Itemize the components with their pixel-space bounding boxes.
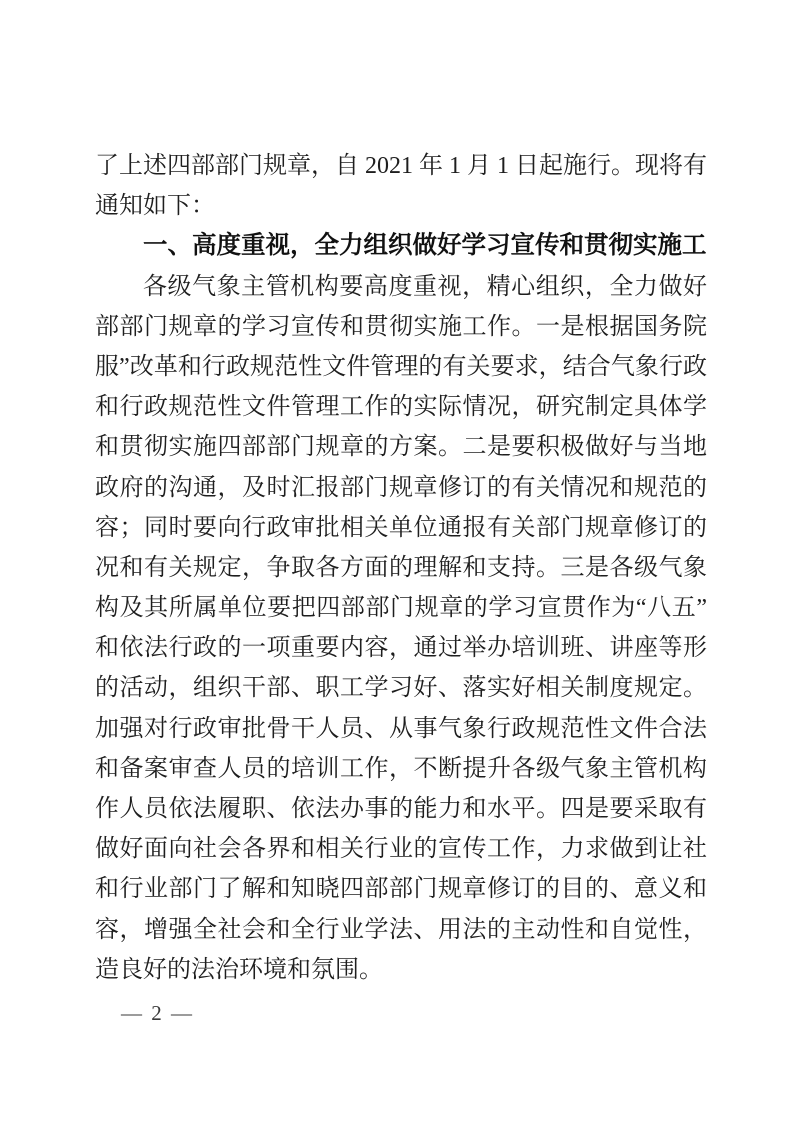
text-line: 和行业部门了解和知晓四部部门规章修订的目的、意义和主要内 [95,869,707,909]
text-line: 和备案审查人员的培训工作，不断提升各级气象主管机构及其工 [95,749,707,789]
section-heading: 一、高度重视，全力组织做好学习宣传和贯彻实施工作 [95,226,707,266]
text-line: 和行政规范性文件管理工作的实际情况，研究制定具体学习宣传 [95,387,707,427]
text-line: 和依法行政的一项重要内容，通过举办培训班、讲座等形式多样 [95,628,707,668]
text-line: 部部门规章的学习宣传和贯彻实施工作。一是根据国务院“放管 [95,307,707,347]
page-number: — 2 — [121,1001,194,1026]
text-line: 政府的沟通，及时汇报部门规章修订的有关情况和规范的主要内 [95,468,707,508]
text-line: 了上述四部部门规章，自 2021 年 1 月 1 日起施行。现将有关事项 [95,146,707,186]
text-line: 通知如下： [95,186,707,226]
text-line: 加强对行政审批骨干人员、从事气象行政规范性文件合法性审核 [95,709,707,749]
text-line: 容，增强全社会和全行业学法、用法的主动性和自觉性，积极营 [95,910,707,950]
text-line: 做好面向社会各界和相关行业的宣传工作，力求做到让社会公众 [95,829,707,869]
main-paragraph: 各级气象主管机构要高度重视，精心组织，全力做好上述四部部门规章的学习宣传和贯彻实… [95,267,707,990]
document-page: 了上述四部部门规章，自 2021 年 1 月 1 日起施行。现将有关事项通知如下… [0,0,793,1122]
text-line: 构及其所属单位要把四部部门规章的学习宣贯作为“八五”普法 [95,588,707,628]
text-line: 和贯彻实施四部部门规章的方案。二是要积极做好与当地人大、 [95,427,707,467]
text-line: 造良好的法治环境和氛围。 [95,950,707,990]
text-line: 况和有关规定，争取各方面的理解和支持。三是各级气象主管机 [95,548,707,588]
text-line: 容；同时要向行政审批相关单位通报有关部门规章修订的有关情 [95,508,707,548]
text-line: 各级气象主管机构要高度重视，精心组织，全力做好上述四 [95,267,707,307]
document-body: 了上述四部部门规章，自 2021 年 1 月 1 日起施行。现将有关事项通知如下… [95,146,707,990]
text-line: 的活动，组织干部、职工学习好、落实好相关制度规定。要特别 [95,668,707,708]
intro-paragraph: 了上述四部部门规章，自 2021 年 1 月 1 日起施行。现将有关事项通知如下… [95,146,707,226]
text-line: 作人员依法履职、依法办事的能力和水平。四是要采取有效措施， [95,789,707,829]
text-line: 服”改革和行政规范性文件管理的有关要求，结合气象行政许可 [95,347,707,387]
